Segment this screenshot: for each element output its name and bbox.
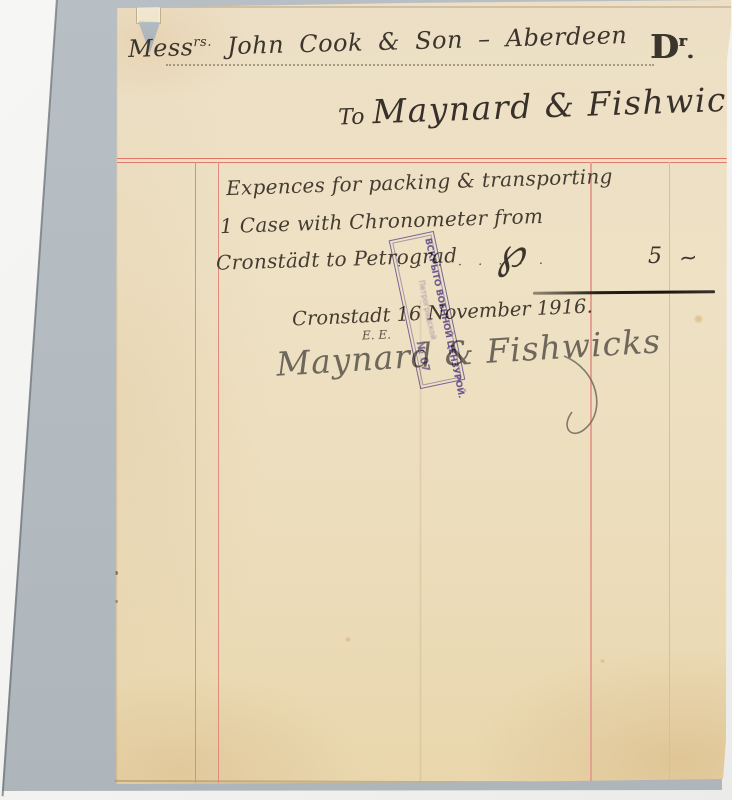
debit-superscript: r <box>679 32 687 50</box>
ledger-rule-vertical-right <box>669 162 670 783</box>
ledger-rule-vertical-left-1 <box>195 162 196 783</box>
addressee-dotted-underline <box>166 46 654 66</box>
amount-value: 5 <box>648 244 662 269</box>
payee-to: To <box>338 105 365 131</box>
payee-line: ToMaynard & Fishwicks <box>337 79 732 133</box>
age-spot <box>600 659 605 663</box>
age-spot <box>345 637 351 642</box>
scanned-document: Messrs. John Cook & Son – Aberdeen Dr. T… <box>0 0 732 800</box>
debit-letter: D <box>650 27 679 66</box>
debit-period: . <box>687 39 694 63</box>
currency-symbol: ℘ <box>493 227 527 279</box>
signature-flourish <box>556 352 620 444</box>
total-rule-line <box>533 290 715 294</box>
amount-dash: ∼ <box>678 245 699 272</box>
ledger-rule-horizontal-double <box>117 158 731 163</box>
debit-mark: Dr. <box>650 27 694 66</box>
ledger-rule-vertical-amount <box>590 162 592 783</box>
expense-line-1: Expences for packing & transporting <box>226 164 613 200</box>
payee-name: Maynard & Fishwicks <box>372 79 732 132</box>
age-spot <box>694 315 703 323</box>
